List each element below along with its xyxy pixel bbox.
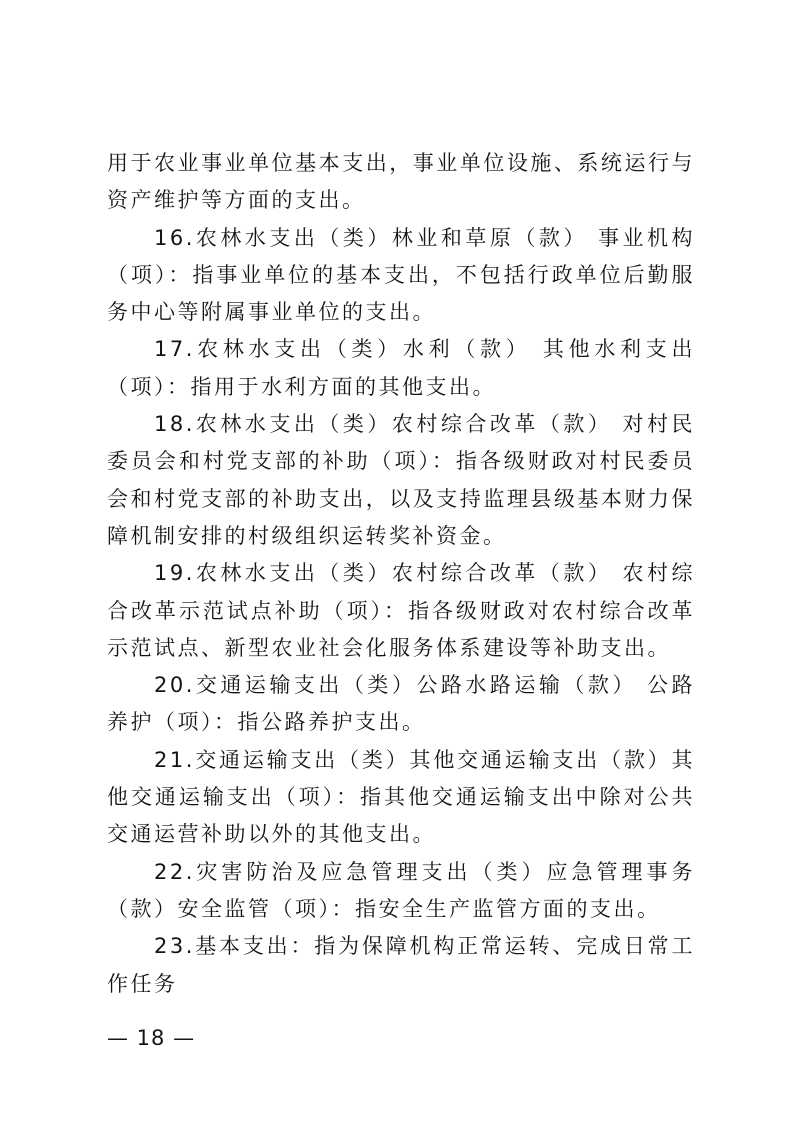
paragraph-item-22: 22.灾害防治及应急管理支出（类）应急管理事务（款）安全监管（项）：指安全生产监… xyxy=(107,854,695,929)
paragraph-item-23: 23.基本支出：指为保障机构正常运转、完成日常工作任务 xyxy=(107,928,695,1003)
paragraph-item-16: 16.农林水支出（类）林业和草原（款） 事业机构（项）：指事业单位的基本支出，不… xyxy=(107,220,695,332)
paragraph-item-20: 20.交通运输支出（类）公路水路运输（款） 公路养护（项）：指公路养护支出。 xyxy=(107,667,695,742)
paragraph-continuation: 用于农业事业单位基本支出，事业单位设施、系统运行与资产维护等方面的支出。 xyxy=(107,145,695,220)
page-number: — 18 — xyxy=(107,1026,195,1050)
paragraph-item-19: 19.农林水支出（类）农村综合改革（款） 农村综合改革示范试点补助（项）：指各级… xyxy=(107,555,695,667)
paragraph-item-17: 17.农林水支出（类）水利（款） 其他水利支出（项）：指用于水利方面的其他支出。 xyxy=(107,331,695,406)
paragraph-item-18: 18.农林水支出（类）农村综合改革（款） 对村民委员会和村党支部的补助（项）：指… xyxy=(107,406,695,555)
document-body: 用于农业事业单位基本支出，事业单位设施、系统运行与资产维护等方面的支出。 16.… xyxy=(107,145,695,1003)
paragraph-item-21: 21.交通运输支出（类）其他交通运输支出（款）其他交通运输支出（项）：指其他交通… xyxy=(107,742,695,854)
